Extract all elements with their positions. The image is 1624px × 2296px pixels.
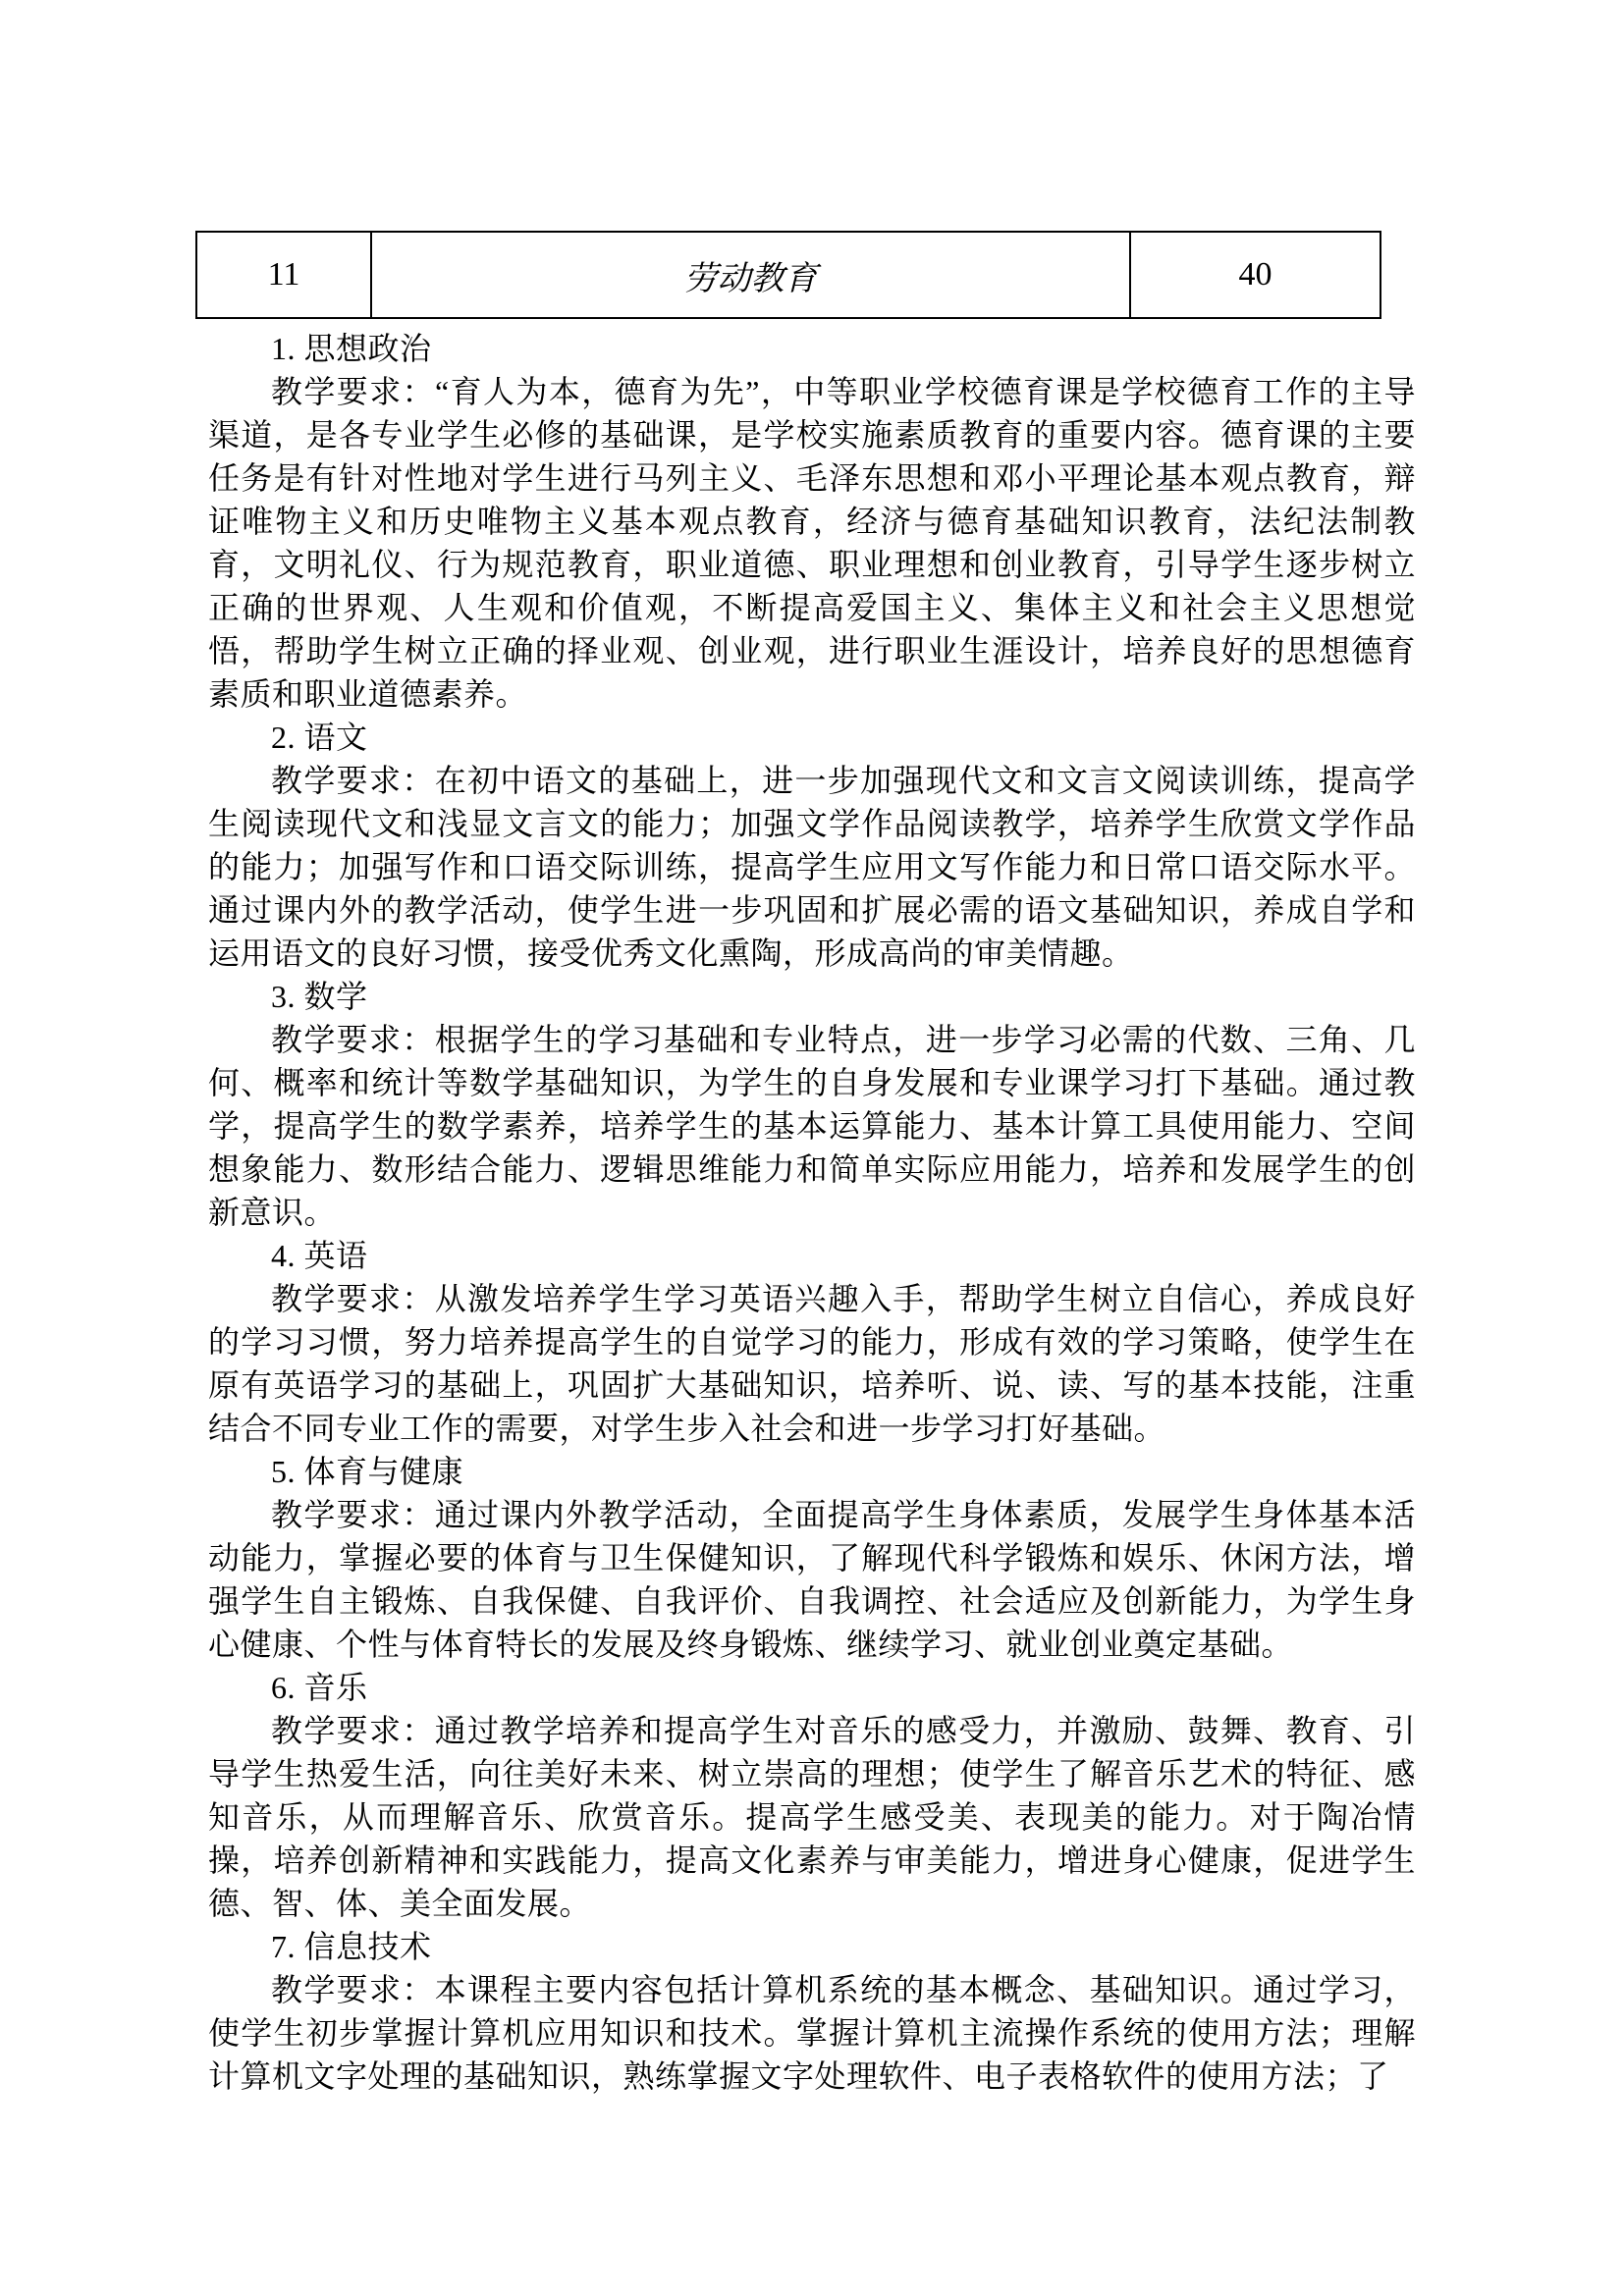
section-body-pe-health: 教学要求：通过课内外教学活动，全面提高学生身体素质，发展学生身体基本活动能力，掌… bbox=[208, 1493, 1416, 1666]
section-heading-chinese: 2. 语文 bbox=[208, 716, 1416, 759]
course-hours-table: 11 劳动教育 40 bbox=[195, 231, 1381, 319]
document-body: 1. 思想政治 教学要求：“育人为本，德育为先”，中等职业学校德育课是学校德育工… bbox=[208, 327, 1416, 2098]
section-heading-math: 3. 数学 bbox=[208, 975, 1416, 1018]
section-body-music: 教学要求：通过教学培养和提高学生对音乐的感受力，并激励、鼓舞、教育、引导学生热爱… bbox=[208, 1709, 1416, 1925]
section-heading-it: 7. 信息技术 bbox=[208, 1925, 1416, 1968]
section-heading-english: 4. 英语 bbox=[208, 1234, 1416, 1277]
section-heading-pe-health: 5. 体育与健康 bbox=[208, 1450, 1416, 1493]
section-body-english: 教学要求：从激发培养学生学习英语兴趣入手，帮助学生树立自信心，养成良好的学习习惯… bbox=[208, 1277, 1416, 1450]
table-row: 11 劳动教育 40 bbox=[196, 232, 1380, 318]
section-body-math: 教学要求：根据学生的学习基础和专业特点，进一步学习必需的代数、三角、几何、概率和… bbox=[208, 1018, 1416, 1234]
table-cell-course-hours: 40 bbox=[1130, 232, 1380, 318]
section-body-chinese: 教学要求：在初中语文的基础上，进一步加强现代文和文言文阅读训练，提高学生阅读现代… bbox=[208, 759, 1416, 975]
section-body-ideology: 教学要求：“育人为本，德育为先”，中等职业学校德育课是学校德育工作的主导渠道，是… bbox=[208, 370, 1416, 716]
table-cell-row-number: 11 bbox=[196, 232, 371, 318]
section-heading-music: 6. 音乐 bbox=[208, 1666, 1416, 1709]
section-body-it: 教学要求：本课程主要内容包括计算机系统的基本概念、基础知识。通过学习，使学生初步… bbox=[208, 1968, 1416, 2098]
table-cell-course-name: 劳动教育 bbox=[371, 232, 1130, 318]
section-heading-ideology: 1. 思想政治 bbox=[208, 327, 1416, 370]
document-page: 11 劳动教育 40 1. 思想政治 教学要求：“育人为本，德育为先”，中等职业… bbox=[0, 0, 1624, 2296]
